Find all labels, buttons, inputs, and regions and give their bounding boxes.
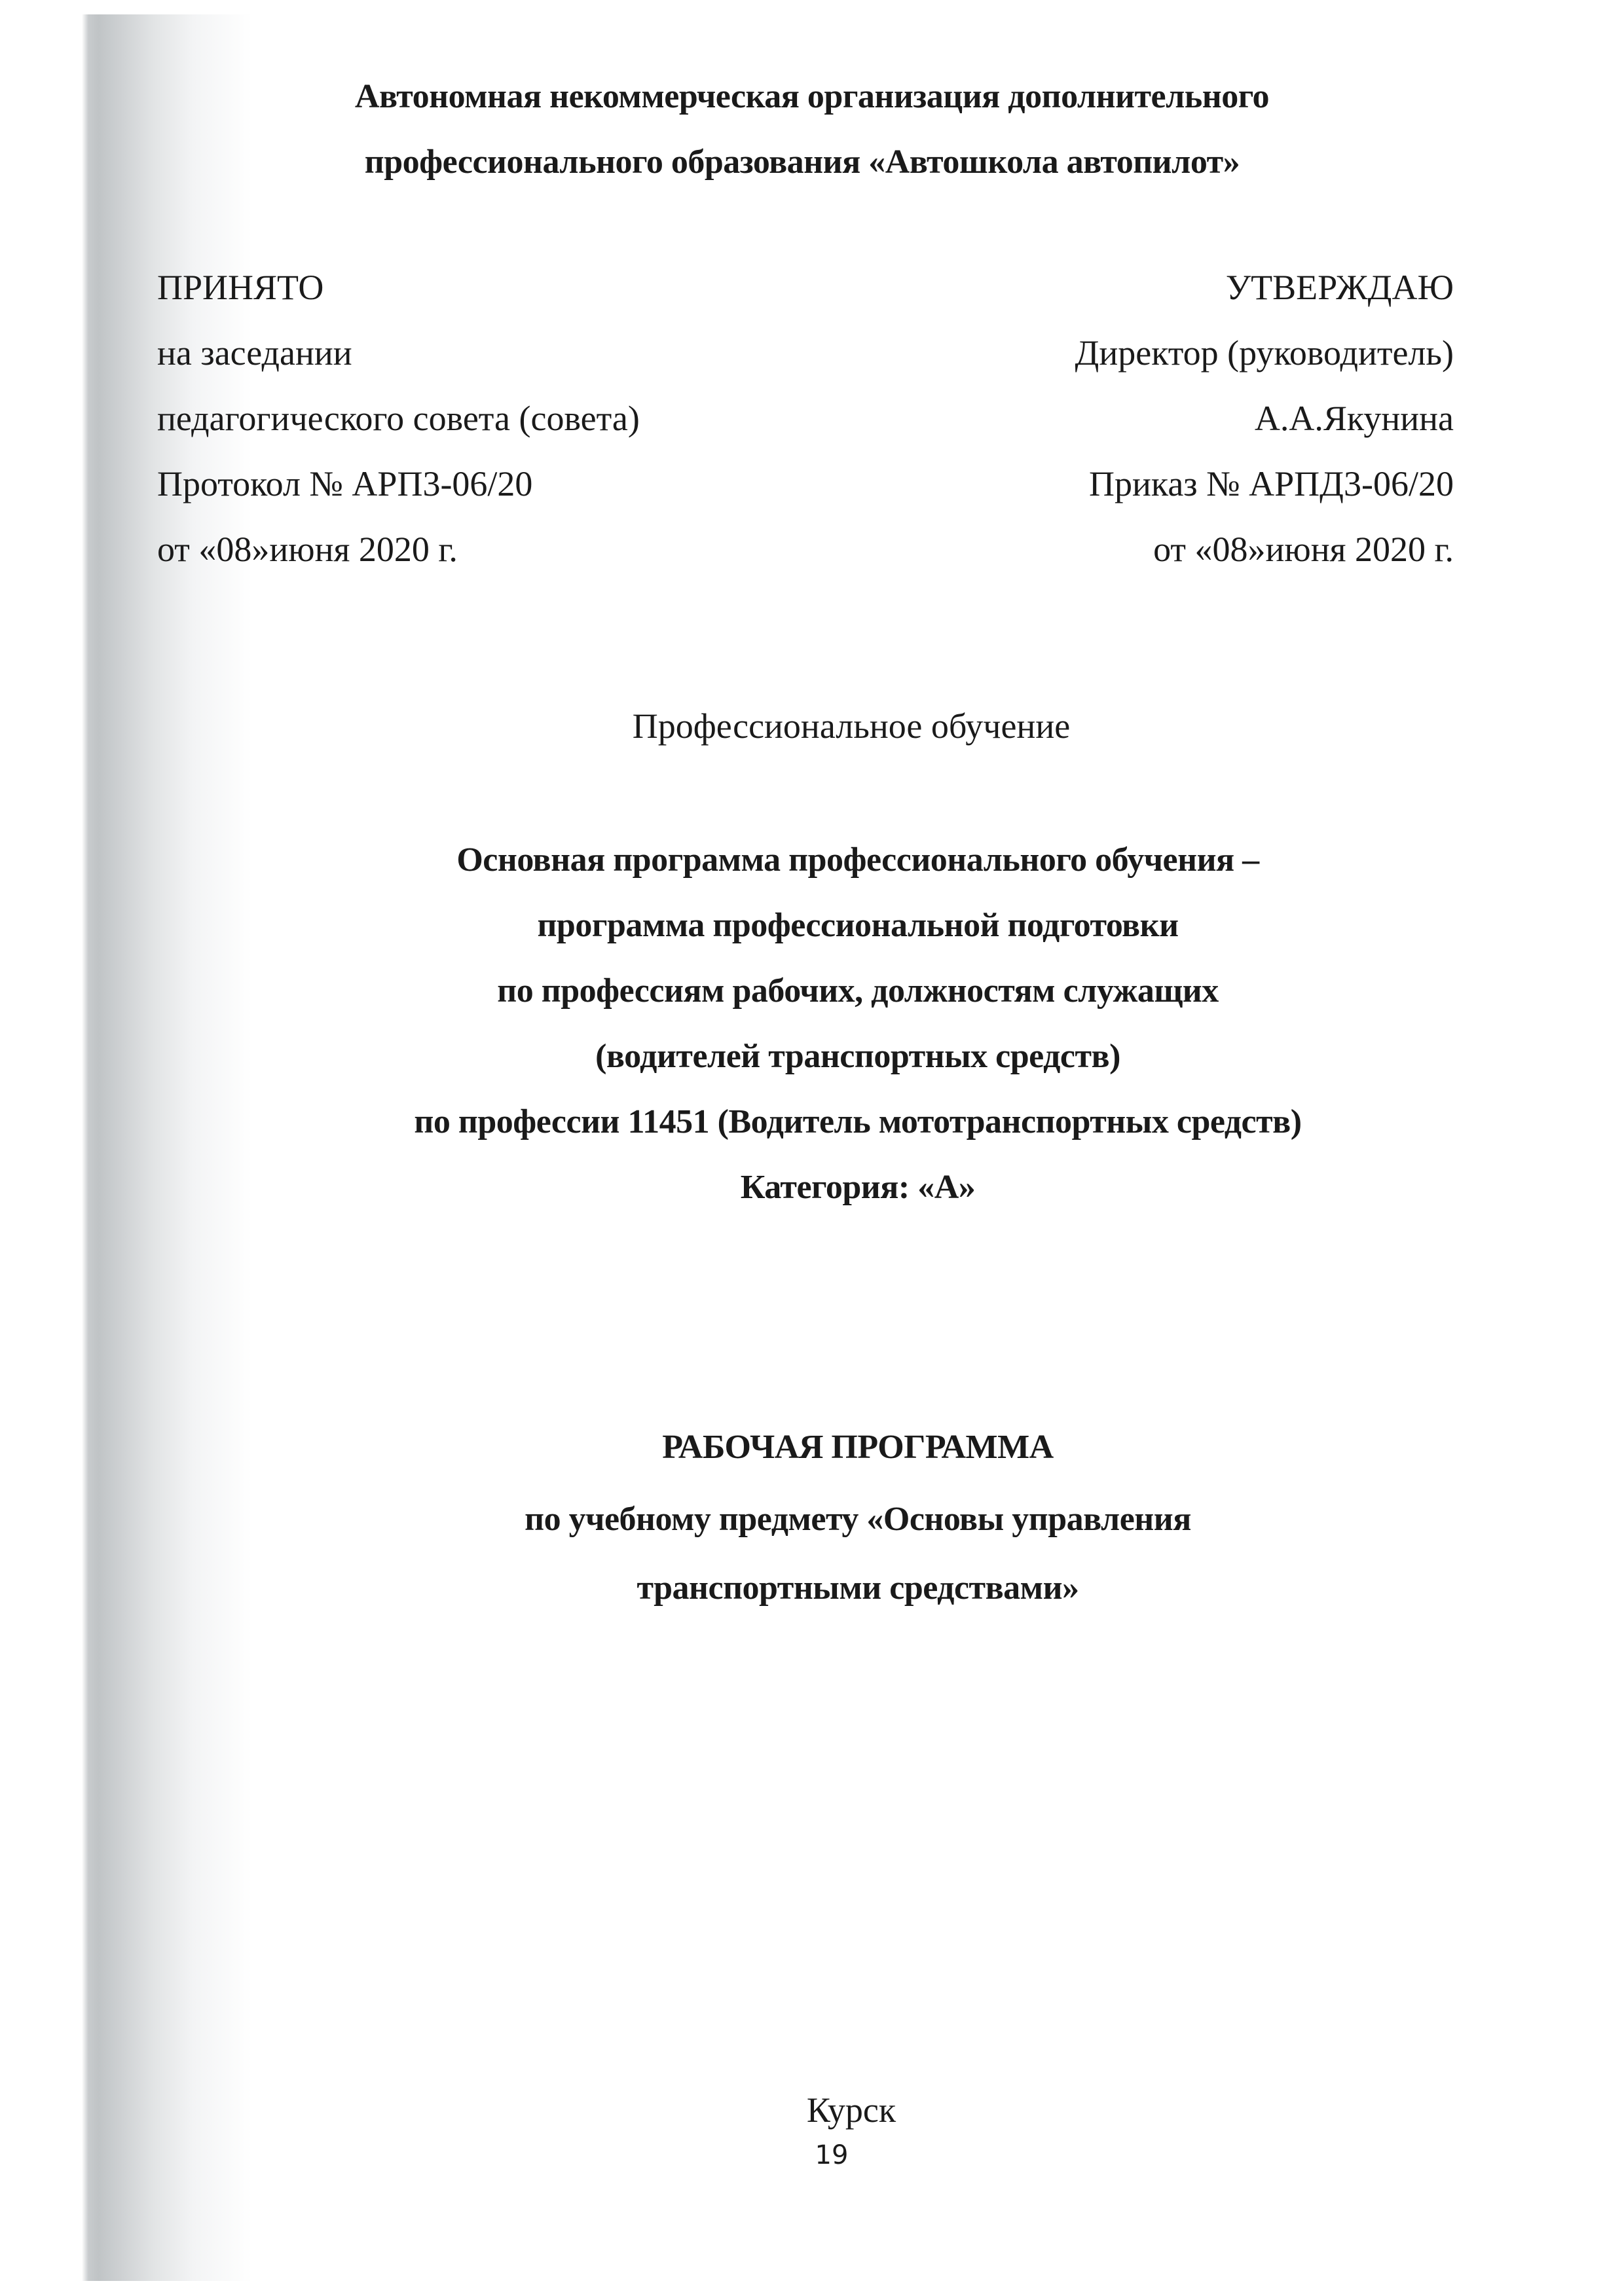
program-line: (водителей транспортных средств): [0, 1040, 1624, 1074]
footer-city: Курск: [0, 2092, 1624, 2128]
training-type: Профессиональное обучение: [0, 708, 1624, 744]
organization-line-2: профессионального образования «Автошкола…: [0, 145, 1624, 179]
work-program-title: РАБОЧАЯ ПРОГРАММА: [0, 1430, 1624, 1465]
approved-date: от «08»июня 2020 г.: [1153, 532, 1454, 567]
approved-title: УТВЕРЖДАЮ: [1226, 270, 1454, 305]
approved-position: Директор (руководитель): [1075, 335, 1454, 371]
approved-order: Приказ № АРПД3-06/20: [1089, 466, 1454, 501]
accepted-title: ПРИНЯТО: [157, 270, 323, 305]
accepted-meeting: на заседании: [157, 335, 352, 371]
program-category: Категория: «А»: [0, 1171, 1624, 1205]
program-line: по профессиям рабочих, должностям служащ…: [0, 974, 1624, 1008]
accepted-date: от «08»июня 2020 г.: [157, 532, 458, 567]
accepted-protocol: Протокол № АРП3-06/20: [157, 466, 532, 501]
organization-line-1: Автономная некоммерческая организация до…: [0, 80, 1624, 114]
accepted-council: педагогического совета (совета): [157, 401, 640, 436]
page-number: 19: [0, 2142, 1624, 2168]
program-line: по профессии 11451 (Водитель мототранспо…: [0, 1105, 1624, 1139]
approved-name: А.А.Якунина: [1255, 401, 1454, 436]
work-program-subject-2: транспортными средствами»: [0, 1571, 1624, 1605]
program-line: Основная программа профессионального обу…: [0, 843, 1624, 877]
scanned-page: Автономная некоммерческая организация до…: [0, 0, 1624, 2296]
program-line: программа профессиональной подготовки: [0, 909, 1624, 943]
work-program-subject-1: по учебному предмету «Основы управления: [0, 1503, 1624, 1537]
